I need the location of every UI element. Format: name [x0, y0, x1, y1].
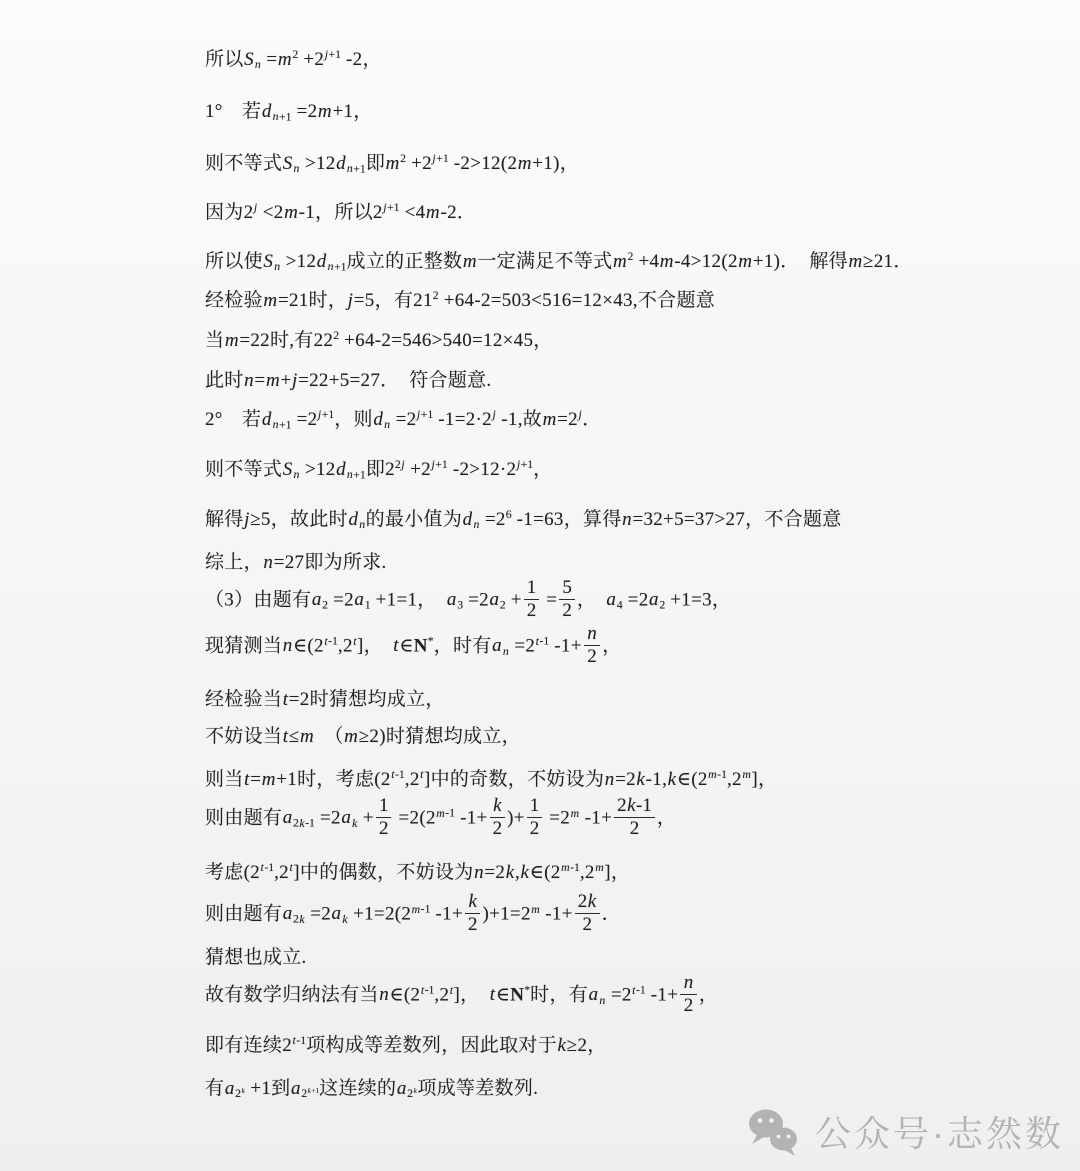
math-line: 经检验m=21时，j=5，有212 +64-2=503<516=12×43,不合…	[205, 286, 1060, 316]
math-line: 经检验当t=2时猜想均成立，	[205, 685, 1060, 715]
math-line: 不妨设当t≤m （m≥2)时猜想均成立，	[205, 722, 1060, 752]
math-line: （3）由题有a2 =2a1 +1=1， a3 =2a2 +12 =52， a4 …	[205, 578, 1060, 624]
math-line: 则由题有a2k =2ak +1=2(2m-1 -1+k2)+1=2m -1+2k…	[205, 892, 1060, 938]
math-line: 猜想也成立.	[205, 943, 1060, 973]
watermark-text: 公众号·志然数	[815, 1106, 1064, 1157]
math-line: 此时n=m+j=22+5=27． 符合题意.	[205, 366, 1060, 396]
math-line: 所以Sn =m2 +2j+1 -2，	[205, 45, 1060, 75]
math-line: 解得j≥5，故此时dn的最小值为dn =26 -1=63，算得n=32+5=37…	[205, 505, 1060, 535]
math-line: 当m=22时,有222 +64-2=546>540=12×45，	[205, 326, 1060, 356]
math-line: 因为2j <2m-1，所以2j+1 <4m-2．	[205, 198, 1060, 228]
document-page: 所以Sn =m2 +2j+1 -2，1° 若dn+1 =2m+1，则不等式Sn …	[0, 0, 1080, 1171]
math-line: 所以使Sn >12dn+1成立的正整数m一定满足不等式m2 +4m-4>12(2…	[205, 247, 1060, 277]
math-line: 则不等式Sn >12dn+1即22j +2j+1 -2>12·2j+1，	[205, 455, 1060, 485]
math-line: 考虑(2t-1,2t]中的偶数，不妨设为n=2k,k∈(2m-1,2m]，	[205, 858, 1060, 888]
math-line: 则不等式Sn >12dn+1即m2 +2j+1 -2>12(2m+1)，	[205, 149, 1060, 179]
watermark: 公众号·志然数	[745, 1106, 1064, 1157]
math-line: 综上，n=27即为所求.	[205, 548, 1060, 578]
math-line: 1° 若dn+1 =2m+1，	[205, 97, 1060, 127]
math-line: 有a2k +1到a2k+1这连续的a2k项成等差数列.	[205, 1074, 1060, 1104]
math-line: 则由题有a2k-1 =2ak +12 =2(2m-1 -1+k2)+12 =2m…	[205, 796, 1060, 842]
solution-lines: 所以Sn =m2 +2j+1 -2，1° 若dn+1 =2m+1，则不等式Sn …	[0, 0, 1080, 1104]
math-line: 则当t=m+1时，考虑(2t-1,2t]中的奇数，不妨设为n=2k-1,k∈(2…	[205, 765, 1060, 795]
math-line: 即有连续2t-1项构成等差数列，因此取对于k≥2，	[205, 1031, 1060, 1061]
math-line: 故有数学归纳法有当n∈(2t-1,2t]， t∈N*时，有an =2t-1 -1…	[205, 973, 1060, 1019]
math-line: 2° 若dn+1 =2j+1，则dn =2j+1 -1=2·2j -1,故m=2…	[205, 405, 1060, 435]
math-line: 现猜测当n∈(2t-1,2t]， t∈N*，时有an =2t-1 -1+n2，	[205, 624, 1060, 670]
wechat-icon	[745, 1107, 801, 1157]
